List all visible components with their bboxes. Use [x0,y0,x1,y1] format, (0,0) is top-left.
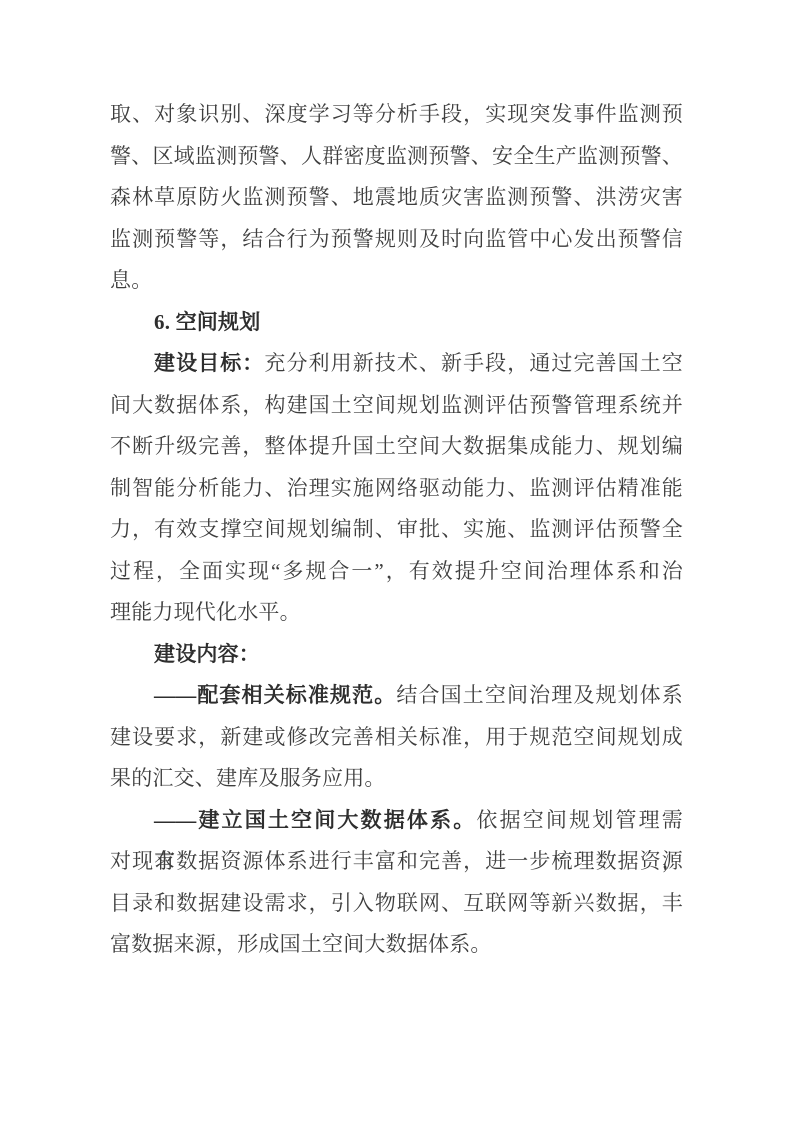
text-run: 监测预警等，结合行为预警规则及时向监管中心发出预警信 [110,227,683,251]
text-run: 富数据来源，形成国土空间大数据体系。 [110,932,492,956]
text-line: 息。 [110,260,683,302]
text-run: 目录和数据建设需求，引入物联网、互联网等新兴数据，丰 [110,891,683,915]
text-line: 监测预警等，结合行为预警规则及时向监管中心发出预警信 [110,219,683,261]
text-run: 充分利用新技术、新手段，通过完善国土空 [264,351,683,375]
heading-text: 6. 空间规划 [154,310,260,334]
text-line: 森林草原防火监测预警、地震地质灾害监测预警、洪涝灾害 [110,177,683,219]
text-run: 取、对象识别、深度学习等分析手段，实现突发事件监测预 [110,102,683,126]
text-line: ——配套相关标准规范。结合国土空间治理及规划体系 [110,675,683,717]
text-line: ——建立国土空间大数据体系。依据空间规划管理需求， [110,800,683,842]
text-line: 力，有效支撑空间规划编制、审批、实施、监测评估预警全 [110,509,683,551]
text-line: 制智能分析能力、治理实施网络驱动能力、监测评估精准能 [110,468,683,510]
text-line: 建设内容： [110,634,683,676]
text-line: 建设要求，新建或修改完善相关标准，用于规范空间规划成 [110,717,683,759]
bold-run: ——配套相关标准规范。 [154,683,396,707]
text-run: 警、区域监测预警、人群密度监测预警、安全生产监测预警、 [110,144,683,168]
text-line: 不断升级完善，整体提升国土空间大数据集成能力、规划编 [110,426,683,468]
text-run: 息。 [110,268,152,292]
text-line: 取、对象识别、深度学习等分析手段，实现突发事件监测预 [110,94,683,136]
text-line: 果的汇交、建库及服务应用。 [110,758,683,800]
bold-run: ——建立国土空间大数据体系。 [154,808,476,832]
text-line: 警、区域监测预警、人群密度监测预警、安全生产监测预警、 [110,136,683,178]
document-page: 取、对象识别、深度学习等分析手段，实现突发事件监测预 警、区域监测预警、人群密度… [0,0,793,1122]
text-line: 理能力现代化水平。 [110,592,683,634]
text-block: 取、对象识别、深度学习等分析手段，实现突发事件监测预 警、区域监测预警、人群密度… [0,0,793,966]
section-heading: 6. 空间规划 [110,302,683,344]
text-run: 过程，全面实现“多规合一”，有效提升空间治理体系和治 [110,559,683,583]
text-run: 制智能分析能力、治理实施网络驱动能力、监测评估精准能 [110,476,683,500]
text-run: 不断升级完善，整体提升国土空间大数据集成能力、规划编 [110,434,683,458]
text-line: 对现有数据资源体系进行丰富和完善，进一步梳理数据资源 [110,841,683,883]
text-run: 间大数据体系，构建国土空间规划监测评估预警管理系统并 [110,393,683,417]
bold-run: 建设目标： [154,351,264,375]
text-run: 对现有数据资源体系进行丰富和完善，进一步梳理数据资源 [110,849,683,873]
text-run: 力，有效支撑空间规划编制、审批、实施、监测评估预警全 [110,517,683,541]
text-line: 富数据来源，形成国土空间大数据体系。 [110,924,683,966]
text-run: 结合国土空间治理及规划体系 [396,683,683,707]
text-run: 果的汇交、建库及服务应用。 [110,766,386,790]
text-run: 建设要求，新建或修改完善相关标准，用于规范空间规划成 [110,725,683,749]
text-line: 过程，全面实现“多规合一”，有效提升空间治理体系和治 [110,551,683,593]
text-run: 森林草原防火监测预警、地震地质灾害监测预警、洪涝灾害 [110,185,683,209]
text-line: 间大数据体系，构建国土空间规划监测评估预警管理系统并 [110,385,683,427]
text-run: 理能力现代化水平。 [110,600,301,624]
bold-run: 建设内容： [154,642,260,666]
text-line: 目录和数据建设需求，引入物联网、互联网等新兴数据，丰 [110,883,683,925]
text-line: 建设目标：充分利用新技术、新手段，通过完善国土空 [110,343,683,385]
